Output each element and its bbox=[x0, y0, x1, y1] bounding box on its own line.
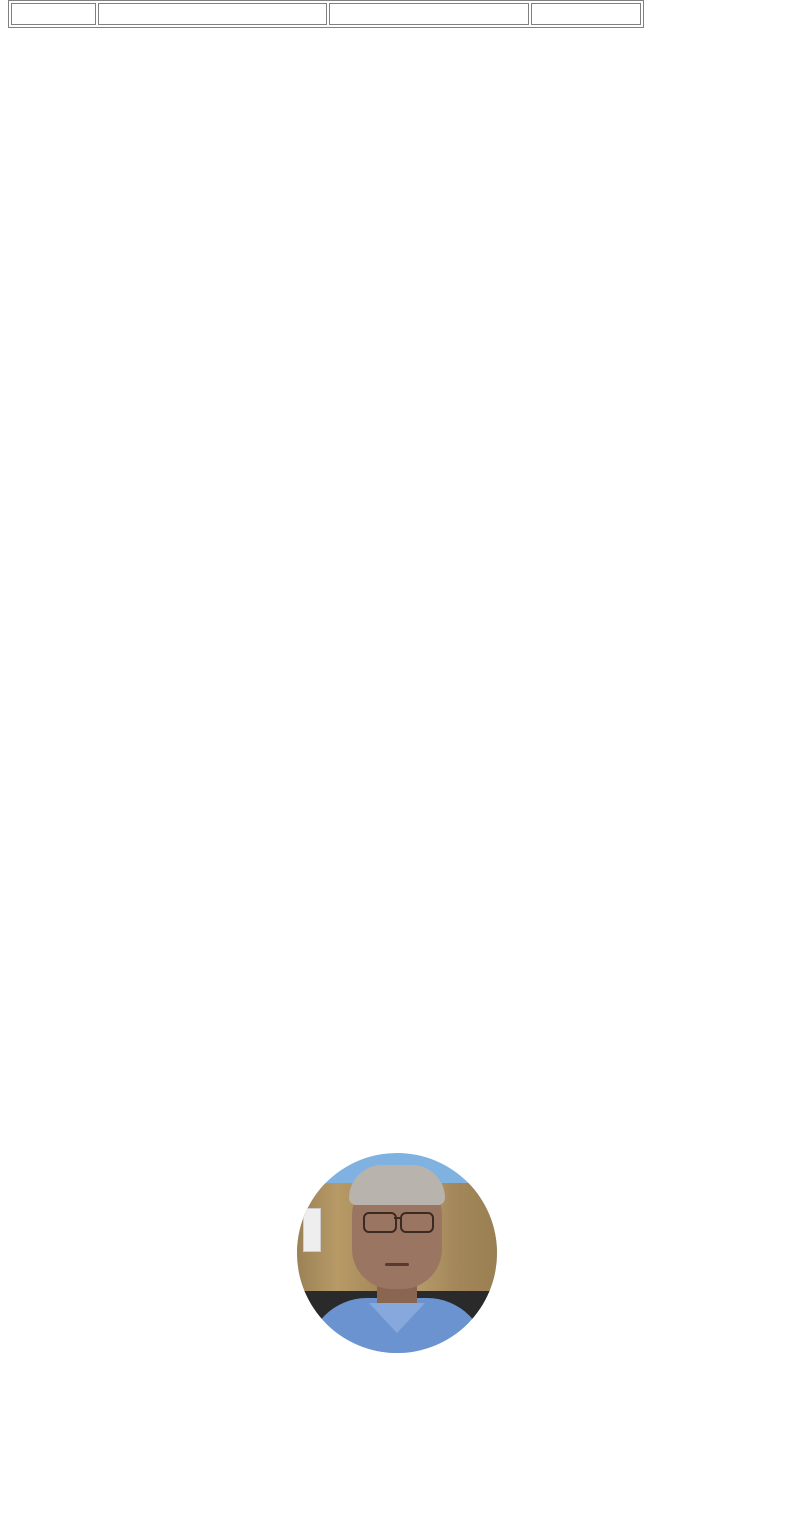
document-body bbox=[8, 0, 786, 44]
header-credit bbox=[531, 3, 641, 25]
bond-journal-table bbox=[8, 0, 644, 28]
avatar-hair bbox=[349, 1165, 445, 1205]
table-header-row bbox=[11, 3, 641, 25]
glasses-icon bbox=[363, 1212, 397, 1233]
header-date bbox=[11, 3, 96, 25]
avatar-mouth bbox=[385, 1263, 409, 1266]
header-accounts bbox=[98, 3, 327, 25]
avatar-switchboard bbox=[303, 1208, 321, 1252]
avatar bbox=[297, 1153, 497, 1353]
avatar-collar-right bbox=[397, 1303, 425, 1333]
glasses-bridge bbox=[394, 1217, 401, 1219]
header-debit bbox=[329, 3, 529, 25]
avatar-collar-left bbox=[369, 1303, 397, 1333]
glasses-icon bbox=[400, 1212, 434, 1233]
document-viewport bbox=[0, 0, 794, 1122]
promo-section bbox=[0, 1122, 794, 1523]
